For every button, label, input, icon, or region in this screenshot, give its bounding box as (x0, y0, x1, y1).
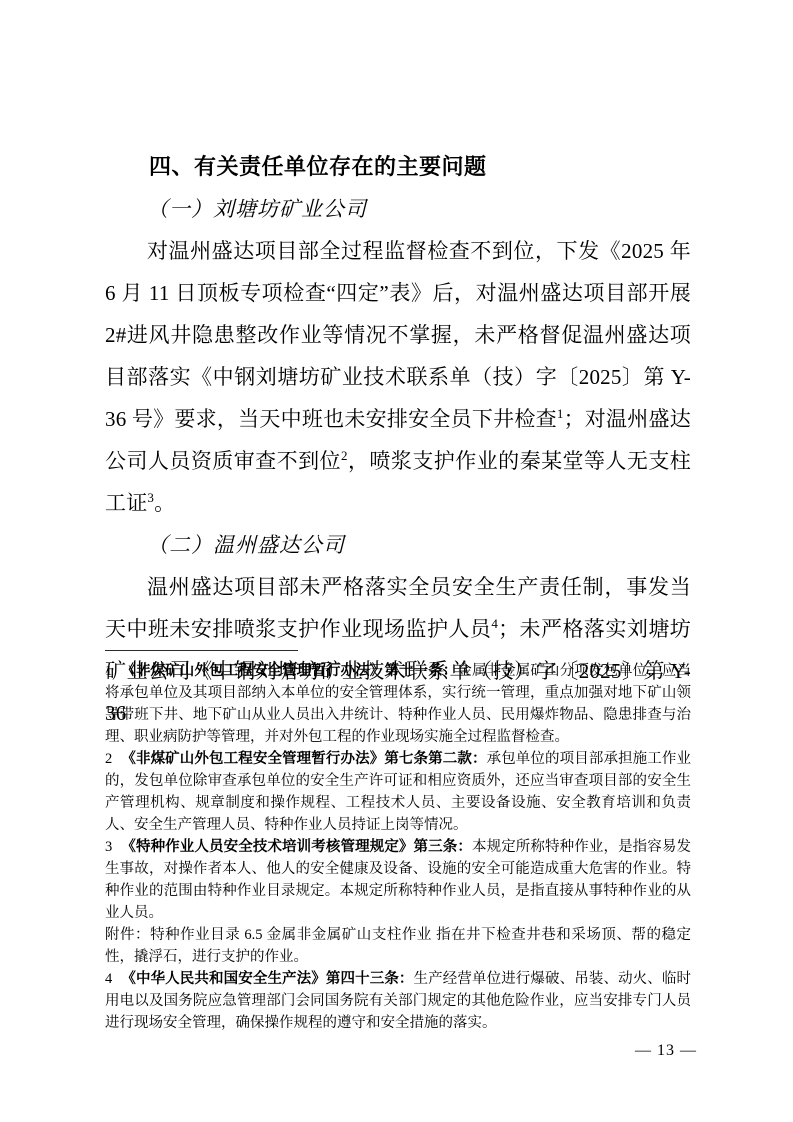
footnotes-container: 1《非煤矿山外包工程安全管理暂行办法》第十一条：金属非金属矿山分项发包单位，应当… (105, 660, 691, 1034)
subsection-heading: （二）温州盛达公司 (105, 524, 691, 566)
footnote-marker: 4 (105, 971, 112, 987)
footnote-item: 2《非煤矿山外包工程安全管理暂行办法》第七条第二款：承包单位的项目部承担施工作业… (105, 748, 691, 836)
footnote-area: 1《非煤矿山外包工程安全管理暂行办法》第十一条：金属非金属矿山分项发包单位，应当… (105, 650, 691, 1034)
law-title: 《非煤矿山外包工程安全管理暂行办法》第十一条： (121, 663, 457, 679)
footnote-marker: 2 (105, 751, 112, 767)
body-paragraph: 对温州盛达项目部全过程监督检查不到位，下发《2025 年 6 月 11 日顶板专… (105, 230, 691, 524)
text-run: 。 (154, 491, 175, 515)
footnote-item: 4《中华人民共和国安全生产法》第四十三条：生产经营单位进行爆破、吊装、动火、临时… (105, 968, 691, 1034)
footnote-divider (105, 650, 298, 651)
footnote-item: 1《非煤矿山外包工程安全管理暂行办法》第十一条：金属非金属矿山分项发包单位，应当… (105, 660, 691, 748)
footnote-ref: 1 (557, 406, 564, 421)
section-heading: 四、有关责任单位存在的主要问题 (105, 146, 691, 188)
text-run: 对温州盛达项目部全过程监督检查不到位，下发《2025 年 6 月 11 日顶板专… (105, 239, 691, 431)
footnote-marker: 1 (105, 663, 112, 679)
text-run: 附件：特种作业目录 6.5 金属非金属矿山支柱作业 指在井下检查井巷和采场顶、帮… (105, 927, 691, 965)
law-title: 《特种作业人员安全技术培训考核管理规定》第三条： (121, 839, 472, 855)
document-body: 四、有关责任单位存在的主要问题 （一）刘塘坊矿业公司对温州盛达项目部全过程监督检… (105, 146, 691, 734)
document-page: 四、有关责任单位存在的主要问题 （一）刘塘坊矿业公司对温州盛达项目部全过程监督检… (0, 0, 793, 1122)
law-title: 《中华人民共和国安全生产法》第四十三条： (121, 971, 413, 987)
page-number: — 13 — (635, 1042, 697, 1060)
law-title: 《非煤矿山外包工程安全管理暂行办法》第七条第二款： (121, 751, 486, 767)
footnote-ref: 2 (341, 448, 348, 463)
footnote-item: 3《特种作业人员安全技术培训考核管理规定》第三条：本规定所称特种作业，是指容易发… (105, 836, 691, 968)
subsection-heading: （一）刘塘坊矿业公司 (105, 188, 691, 230)
footnote-marker: 3 (105, 839, 112, 855)
